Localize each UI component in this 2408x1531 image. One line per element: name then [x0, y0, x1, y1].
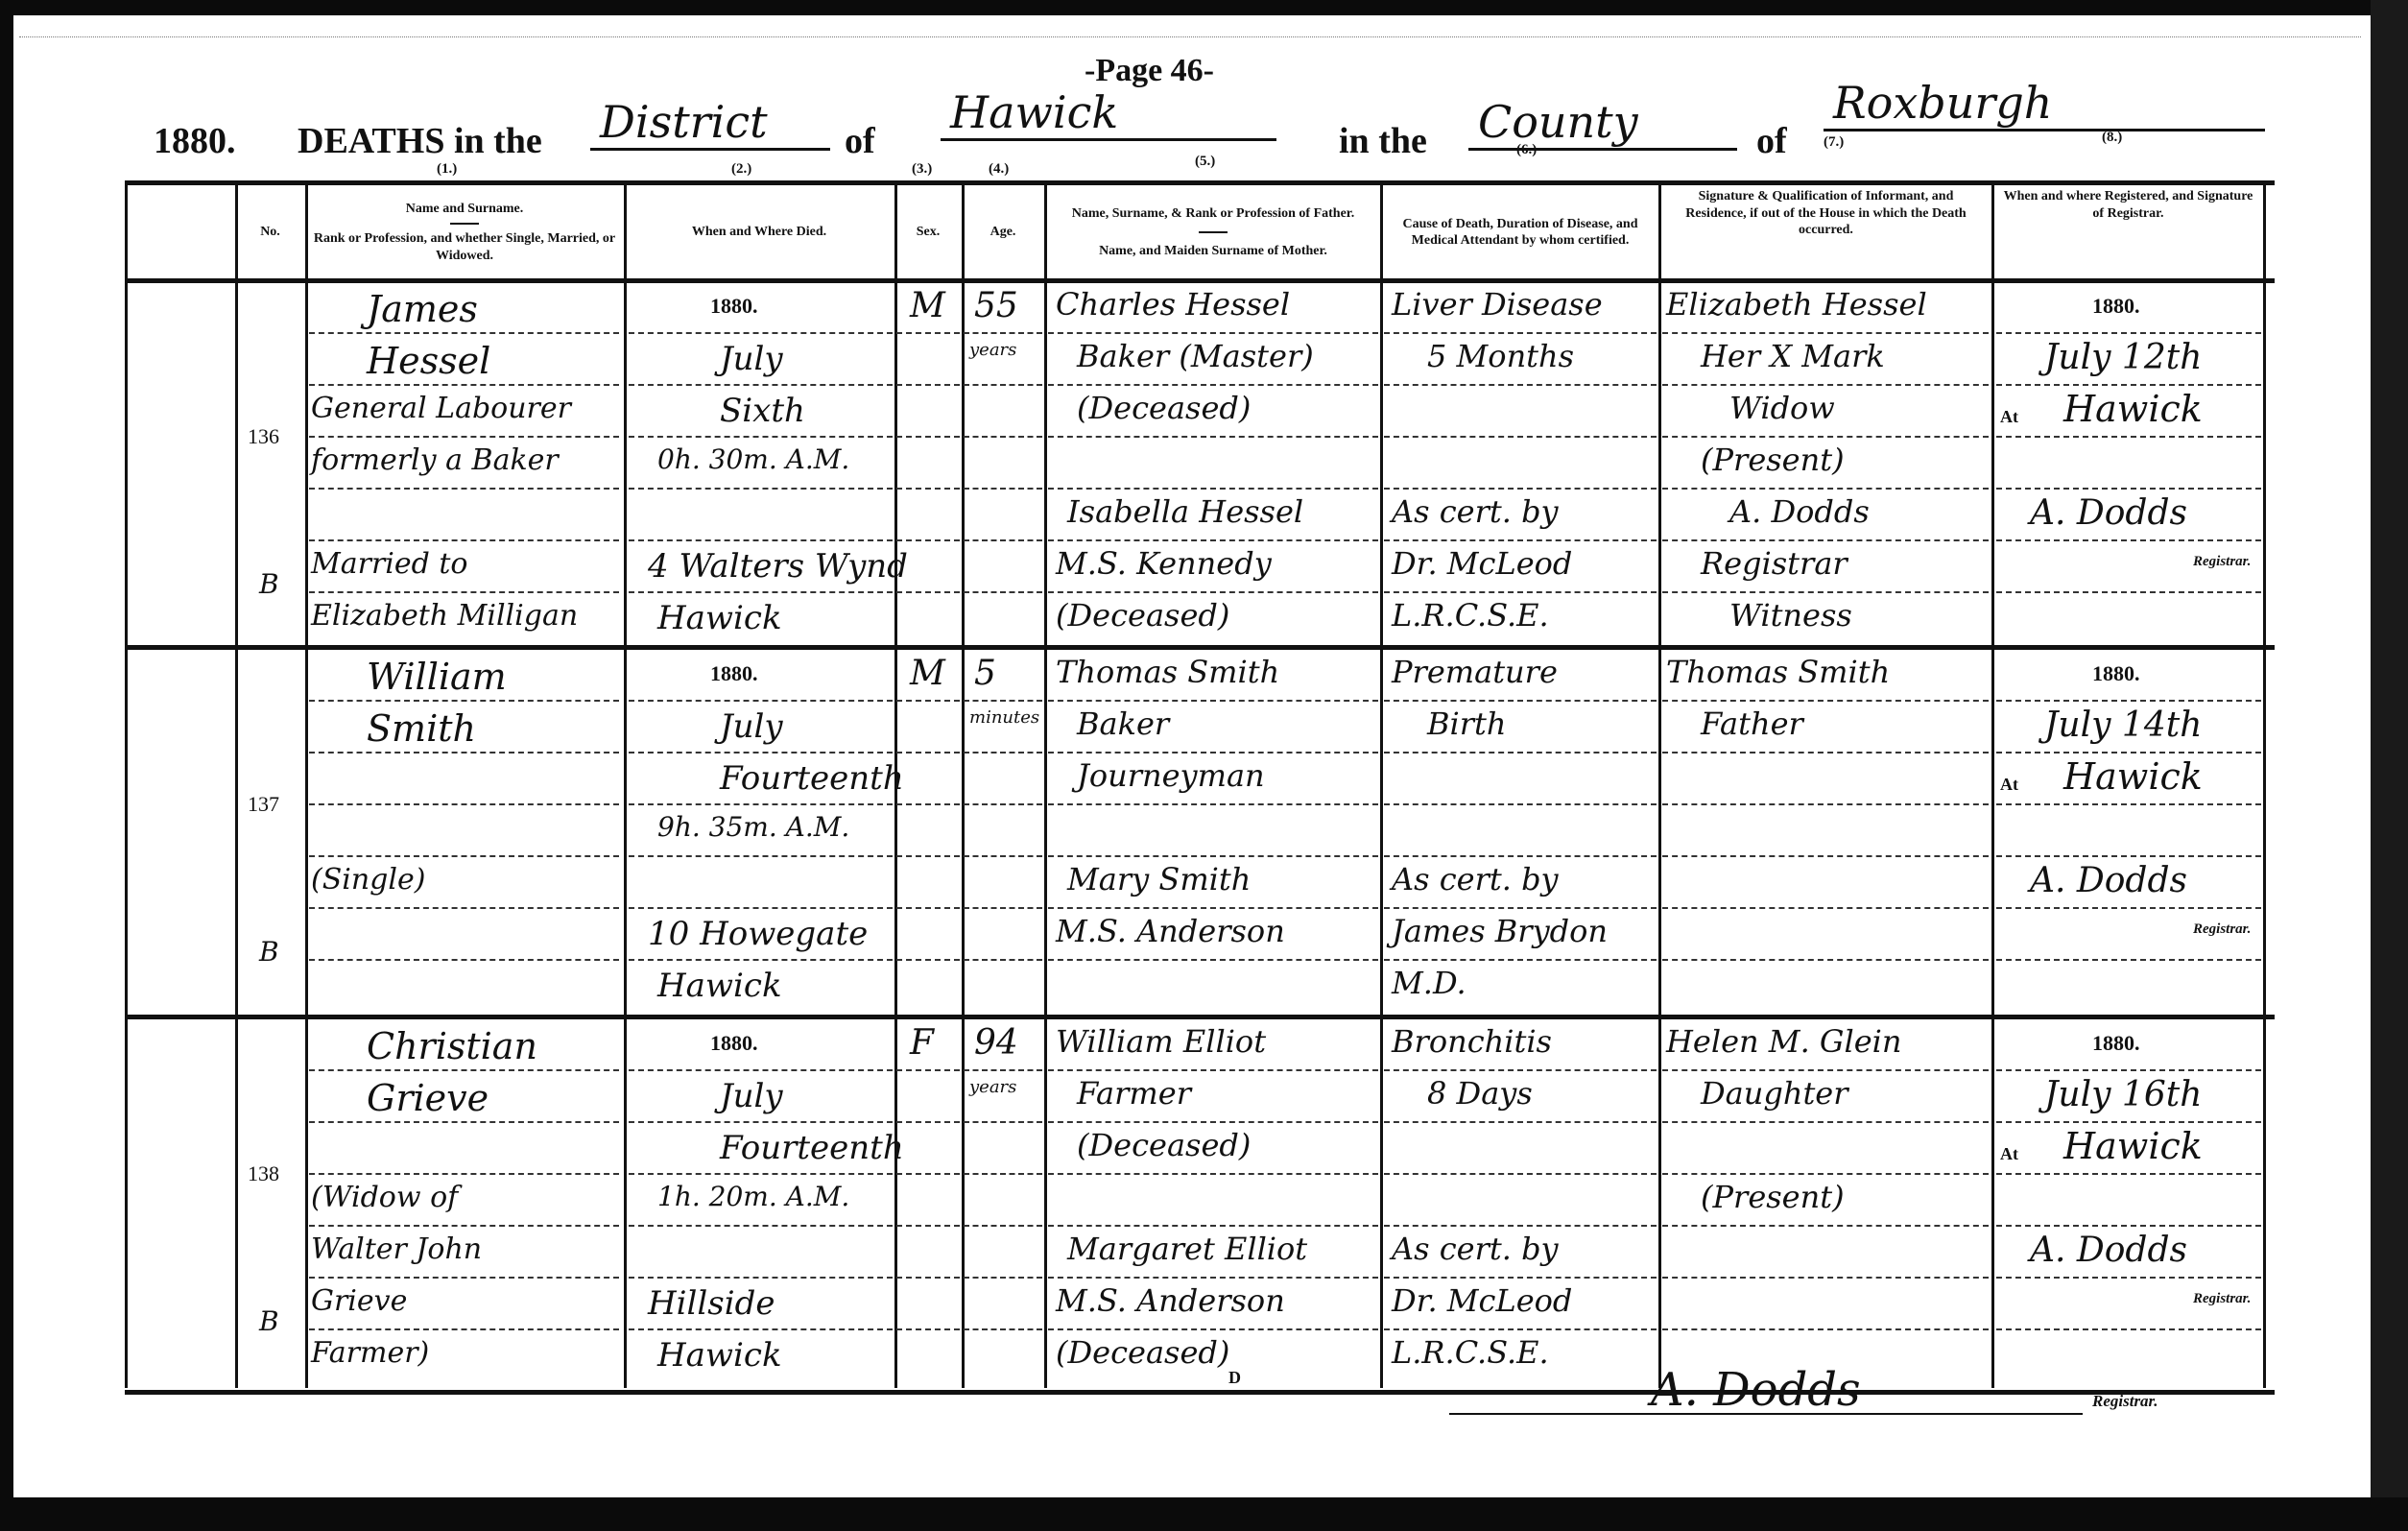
ruled-line: [964, 539, 1042, 541]
ruled-line: [1384, 436, 1657, 438]
entry-number: 137: [248, 792, 279, 817]
death-when-where-line: Fourteenth: [720, 759, 904, 798]
deaths-heading: DEATHS in the: [298, 120, 542, 162]
ruled-line: [1662, 1328, 1989, 1330]
entry-mark: B: [259, 568, 279, 600]
mother-line: Margaret Elliot: [1067, 1231, 1307, 1267]
death-year: 1880.: [710, 294, 758, 319]
ruled-line: [1996, 384, 2261, 386]
ruled-line: [1662, 907, 1989, 909]
mother-line: Isabella Hessel: [1067, 493, 1303, 530]
col-header-age: Age.: [962, 188, 1044, 276]
cause-line: Bronchitis: [1392, 1023, 1552, 1060]
ruled-line: [896, 539, 960, 541]
county-word: County: [1468, 96, 1737, 151]
ruled-line: [964, 591, 1042, 593]
ruled-line: [1662, 1069, 1989, 1071]
registration-date: July 14th: [2044, 706, 2202, 745]
colnum-7: (7.): [1824, 134, 1844, 151]
death-when-where-line: 9h. 35m. A.M.: [657, 811, 849, 843]
deceased-name-line: Smith: [367, 707, 476, 750]
ruled-line: [1996, 488, 2261, 490]
registration-year: 1880.: [2092, 1031, 2140, 1056]
registrar-label: Registrar.: [2193, 1291, 2251, 1307]
ruled-line: [309, 700, 619, 702]
ruled-line: [896, 907, 960, 909]
informant-line: Father: [1701, 706, 1803, 742]
cause-line: 5 Months: [1427, 338, 1574, 374]
ruled-line: [1996, 332, 2261, 334]
ruled-line: [1384, 488, 1657, 490]
registrar-signature: A. Dodds: [2030, 493, 2187, 533]
entry-number: 136: [248, 424, 279, 449]
deceased-name-line: General Labourer: [311, 392, 571, 425]
ruled-line: [896, 752, 960, 754]
ruled-line: [1048, 959, 1378, 961]
footer-letter: D: [1228, 1368, 1241, 1388]
ruled-line: [309, 959, 619, 961]
ruled-line: [1384, 700, 1657, 702]
ruled-line: [1048, 436, 1378, 438]
registration-date: July 12th: [2044, 338, 2202, 377]
ruled-line: [629, 855, 893, 857]
registration-year: 1880.: [2092, 294, 2140, 319]
ruled-line: [964, 436, 1042, 438]
col-rule-9: [1991, 180, 1994, 1388]
ruled-line: [629, 332, 893, 334]
ruled-line: [309, 855, 619, 857]
father-line: (Deceased): [1077, 390, 1251, 426]
informant-line: Her X Mark: [1701, 338, 1885, 374]
age-unit: minutes: [969, 707, 1039, 728]
row-rule-138: [125, 1015, 2275, 1019]
ruled-line: [1048, 384, 1378, 386]
father-line: Thomas Smith: [1056, 654, 1279, 690]
ruled-line: [896, 488, 960, 490]
ruled-line: [1996, 855, 2261, 857]
colnum-1: (1.): [437, 161, 457, 178]
ruled-line: [964, 907, 1042, 909]
ruled-line: [309, 332, 619, 334]
col-header-registered: When and where Registered, and Signature…: [1993, 188, 2263, 276]
ruled-line: [1996, 700, 2261, 702]
ruled-line: [309, 1225, 619, 1227]
entry-number: 138: [248, 1161, 279, 1186]
col-rule-3: [624, 180, 627, 1388]
ruled-line: [309, 384, 619, 386]
ruled-line: [896, 1225, 960, 1227]
registration-at-label: At: [2000, 407, 2018, 427]
registrar-label: Registrar.: [2193, 554, 2251, 570]
col-rule-7: [1380, 180, 1383, 1388]
cause-line: L.R.C.S.E.: [1392, 597, 1549, 634]
ruled-line: [1662, 332, 1989, 334]
col-rule-1: [235, 180, 238, 1388]
father-line: Baker: [1077, 706, 1169, 742]
ruled-line: [309, 1069, 619, 1071]
cause-line: M.D.: [1392, 965, 1466, 1001]
ruled-line: [629, 1173, 893, 1175]
registration-place: Hawick: [2063, 755, 2203, 798]
registrar-signature: A. Dodds: [2030, 861, 2187, 900]
col-rule-10: [2263, 180, 2266, 1388]
ruled-line: [1662, 1173, 1989, 1175]
ruled-line: [1662, 803, 1989, 805]
col-rule-0: [125, 180, 128, 1388]
ruled-line: [1662, 488, 1989, 490]
ruled-line: [1996, 436, 2261, 438]
informant-line: Widow: [1729, 390, 1835, 426]
deceased-name-line: William: [367, 656, 507, 698]
deceased-name-line: Farmer): [311, 1336, 429, 1370]
cause-line: As cert. by: [1392, 1231, 1559, 1267]
ruled-line: [1384, 959, 1657, 961]
col-header-when: When and Where Died.: [624, 188, 894, 276]
death-when-where-line: Hawick: [657, 599, 782, 637]
footer-registrar-label: Registrar.: [2092, 1392, 2158, 1411]
death-when-where-line: July: [720, 1077, 783, 1115]
age-unit: years: [969, 340, 1016, 360]
ruled-line: [629, 1225, 893, 1227]
ruled-line: [309, 539, 619, 541]
informant-line: Elizabeth Hessel: [1666, 286, 1927, 323]
col-header-name: Name and Surname. Rank or Profession, an…: [305, 188, 624, 276]
cause-line: Birth: [1427, 706, 1507, 742]
mother-line: M.S. Anderson: [1056, 1282, 1285, 1319]
ruled-line: [1048, 907, 1378, 909]
sex-value: M: [910, 654, 945, 693]
county-name: Roxburgh: [1824, 77, 2265, 132]
ruled-line: [1662, 752, 1989, 754]
ruled-line: [896, 1173, 960, 1175]
ruled-line: [964, 332, 1042, 334]
ruled-line: [1048, 1328, 1378, 1330]
ruled-line: [1996, 1069, 2261, 1071]
ruled-line: [629, 907, 893, 909]
mother-line: M.S. Anderson: [1056, 913, 1285, 949]
ruled-line: [1384, 1173, 1657, 1175]
ruled-line: [896, 803, 960, 805]
ruled-line: [629, 591, 893, 593]
father-line: Journeyman: [1077, 757, 1265, 794]
ruled-line: [964, 1225, 1042, 1227]
ruled-line: [964, 488, 1042, 490]
ruled-line: [309, 803, 619, 805]
registrar-signature: A. Dodds: [2030, 1231, 2187, 1270]
ruled-line: [896, 700, 960, 702]
scan-border-top: [0, 0, 2408, 15]
ruled-line: [629, 436, 893, 438]
col-header-informant: Signature & Qualification of Informant, …: [1660, 188, 1991, 276]
ruled-line: [964, 959, 1042, 961]
ruled-line: [1996, 1225, 2261, 1227]
ruled-line: [309, 1121, 619, 1123]
father-line: Baker (Master): [1077, 338, 1314, 374]
colnum-2: (2.): [731, 161, 751, 178]
deceased-name-line: (Widow of: [311, 1181, 458, 1214]
col-rule-8: [1658, 180, 1661, 1388]
header-divider: [450, 223, 479, 225]
ruled-line: [309, 591, 619, 593]
ruled-line: [1996, 539, 2261, 541]
ruled-line: [896, 1328, 960, 1330]
ruled-line: [896, 959, 960, 961]
ruled-line: [964, 700, 1042, 702]
col-header-no: No.: [235, 188, 305, 276]
ruled-line: [1662, 539, 1989, 541]
ruled-line: [1048, 539, 1378, 541]
informant-line: (Present): [1701, 1179, 1845, 1215]
ruled-line: [964, 1328, 1042, 1330]
ruled-line: [629, 488, 893, 490]
ruled-line: [629, 1121, 893, 1123]
of-label-2: of: [1756, 120, 1787, 162]
ruled-line: [964, 803, 1042, 805]
col-rule-2: [305, 180, 308, 1388]
ruled-line: [629, 803, 893, 805]
deceased-name-line: Hessel: [367, 340, 490, 382]
cause-line: Premature: [1392, 654, 1558, 690]
register-year: 1880.: [154, 120, 236, 162]
deceased-name-line: Elizabeth Milligan: [311, 599, 578, 633]
informant-line: Daughter: [1701, 1075, 1848, 1112]
ruled-line: [896, 855, 960, 857]
cause-line: Liver Disease: [1392, 286, 1603, 323]
ruled-line: [1662, 855, 1989, 857]
death-year: 1880.: [710, 661, 758, 686]
ruled-line: [309, 1173, 619, 1175]
ruled-line: [629, 539, 893, 541]
ruled-line: [1048, 700, 1378, 702]
informant-line: Thomas Smith: [1666, 654, 1890, 690]
mother-line: M.S. Kennedy: [1056, 545, 1272, 582]
registration-at-label: At: [2000, 775, 2018, 795]
header-divider: [1199, 231, 1228, 233]
father-line: William Elliot: [1056, 1023, 1266, 1060]
sex-value: F: [910, 1023, 934, 1063]
ruled-line: [629, 700, 893, 702]
age-value: 5: [974, 654, 996, 693]
age-value: 94: [974, 1023, 1018, 1063]
registration-date: July 16th: [2044, 1075, 2202, 1114]
ruled-line: [1996, 1173, 2261, 1175]
deceased-name-line: Walter John: [311, 1232, 482, 1266]
registration-place: Hawick: [2063, 1125, 2203, 1167]
ruled-line: [1662, 384, 1989, 386]
father-line: (Deceased): [1077, 1127, 1251, 1163]
ruled-line: [309, 1328, 619, 1330]
ruled-line: [896, 1069, 960, 1071]
cause-line: L.R.C.S.E.: [1392, 1334, 1549, 1371]
colnum-6: (6.): [1516, 142, 1537, 158]
ruled-line: [1662, 700, 1989, 702]
col-header-sex: Sex.: [894, 188, 962, 276]
ruled-line: [1662, 959, 1989, 961]
colnum-8: (8.): [2102, 130, 2122, 146]
mother-line: Mary Smith: [1067, 861, 1251, 897]
death-when-where-line: 1h. 20m. A.M.: [657, 1181, 849, 1212]
district-name: Hawick: [941, 86, 1276, 141]
ruled-line: [964, 1277, 1042, 1279]
ruled-line: [629, 384, 893, 386]
footer-registrar-signature: A. Dodds: [1651, 1363, 1861, 1417]
ruled-line: [1662, 436, 1989, 438]
ruled-line: [1048, 803, 1378, 805]
deceased-name-line: formerly a Baker: [311, 443, 559, 477]
ruled-line: [1384, 539, 1657, 541]
ruled-line: [964, 855, 1042, 857]
ruled-line: [1384, 1121, 1657, 1123]
ruled-line: [1048, 332, 1378, 334]
ruled-line: [1996, 1277, 2261, 1279]
ruled-line: [1996, 752, 2261, 754]
ruled-line: [1996, 907, 2261, 909]
scan-border-left: [0, 0, 13, 1531]
deceased-name-line: Grieve: [311, 1284, 407, 1318]
ruled-line: [1048, 591, 1378, 593]
scan-border-right: [2371, 0, 2408, 1531]
death-when-where-line: Hawick: [657, 967, 782, 1005]
col-header-parents: Name, Surname, & Rank or Profession of F…: [1046, 188, 1380, 276]
ruled-line: [309, 436, 619, 438]
informant-line: Registrar: [1701, 545, 1848, 582]
page-number: -Page 46-: [1085, 53, 1214, 89]
ruled-line: [1996, 591, 2261, 593]
ruled-line: [896, 1277, 960, 1279]
col-rule-5: [962, 180, 965, 1388]
ruled-line: [1384, 1328, 1657, 1330]
ruled-line: [964, 1069, 1042, 1071]
colnum-4: (4.): [989, 161, 1009, 178]
colnum-5: (5.): [1195, 154, 1215, 170]
death-when-where-line: 4 Walters Wynd: [648, 547, 908, 586]
col-header-cause: Cause of Death, Duration of Disease, and…: [1382, 188, 1658, 276]
colnum-3: (3.): [912, 161, 932, 178]
ruled-line: [1662, 1277, 1989, 1279]
death-when-where-line: July: [720, 707, 783, 746]
deceased-name-line: James: [367, 288, 478, 330]
entry-mark: B: [259, 936, 279, 968]
registration-at-label: At: [2000, 1144, 2018, 1164]
ruled-line: [309, 488, 619, 490]
scan-border-bottom: [0, 1497, 2408, 1531]
informant-line: (Present): [1701, 442, 1845, 478]
ruled-line: [1662, 1121, 1989, 1123]
ruled-line: [629, 1328, 893, 1330]
ruled-line: [1996, 1121, 2261, 1123]
ruled-line: [964, 752, 1042, 754]
cause-line: Dr. McLeod: [1392, 545, 1572, 582]
ruled-line: [629, 1277, 893, 1279]
col-rule-6: [1044, 180, 1047, 1388]
ruled-line: [1048, 752, 1378, 754]
col-header-father: Name, Surname, & Rank or Profession of F…: [1072, 205, 1355, 223]
header-bottom-rule: [125, 278, 2275, 283]
ruled-line: [1384, 591, 1657, 593]
col-header-name-title: Name and Surname.: [406, 201, 524, 218]
registrar-label: Registrar.: [2193, 921, 2251, 938]
in-the-label: in the: [1339, 120, 1427, 162]
faint-top-rule: [19, 36, 2361, 37]
ruled-line: [309, 907, 619, 909]
mother-line: (Deceased): [1056, 597, 1229, 634]
ruled-line: [1662, 591, 1989, 593]
ruled-line: [1048, 1173, 1378, 1175]
death-when-where-line: Hillside: [648, 1284, 775, 1323]
death-when-where-line: Sixth: [720, 392, 805, 430]
death-when-where-line: 10 Howegate: [648, 915, 868, 953]
ruled-line: [964, 384, 1042, 386]
col-header-mother: Name, and Maiden Surname of Mother.: [1099, 243, 1327, 260]
entry-mark: B: [259, 1305, 279, 1337]
ruled-line: [1384, 1069, 1657, 1071]
cause-line: Dr. McLeod: [1392, 1282, 1572, 1319]
ruled-line: [1996, 959, 2261, 961]
sex-value: M: [910, 286, 945, 325]
age-value: 55: [974, 286, 1018, 325]
ruled-line: [1996, 1328, 2261, 1330]
col-header-name-sub: Rank or Profession, and whether Single, …: [305, 230, 624, 264]
age-unit: years: [969, 1077, 1016, 1097]
father-line: Farmer: [1077, 1075, 1191, 1112]
death-when-where-line: Fourteenth: [720, 1129, 904, 1167]
ruled-line: [629, 1069, 893, 1071]
ruled-line: [629, 959, 893, 961]
ruled-line: [896, 332, 960, 334]
ruled-line: [1384, 907, 1657, 909]
ruled-line: [309, 1277, 619, 1279]
ruled-line: [1662, 1225, 1989, 1227]
ruled-line: [1996, 803, 2261, 805]
cause-line: 8 Days: [1427, 1075, 1533, 1112]
ruled-line: [964, 1173, 1042, 1175]
ruled-line: [1048, 488, 1378, 490]
deceased-name-line: Married to: [311, 547, 468, 581]
deceased-name-line: Christian: [367, 1025, 537, 1067]
ruled-line: [1384, 1225, 1657, 1227]
deceased-name-line: Grieve: [367, 1077, 489, 1119]
ruled-line: [1048, 855, 1378, 857]
ruled-line: [1384, 803, 1657, 805]
ruled-line: [1384, 332, 1657, 334]
ruled-line: [896, 1121, 960, 1123]
death-when-where-line: July: [720, 340, 783, 378]
cause-line: James Brydon: [1392, 913, 1608, 949]
district-word: District: [590, 96, 830, 151]
ruled-line: [1048, 1121, 1378, 1123]
ruled-line: [629, 752, 893, 754]
ruled-line: [1048, 1069, 1378, 1071]
cause-line: As cert. by: [1392, 493, 1559, 530]
informant-line: A. Dodds: [1729, 493, 1870, 530]
informant-line: Witness: [1729, 597, 1852, 634]
ruled-line: [1384, 384, 1657, 386]
deceased-name-line: (Single): [311, 863, 425, 897]
row-rule-137: [125, 645, 2275, 650]
death-year: 1880.: [710, 1031, 758, 1056]
mother-line: (Deceased): [1056, 1334, 1229, 1371]
registration-year: 1880.: [2092, 661, 2140, 686]
registration-place: Hawick: [2063, 388, 2203, 430]
ruled-line: [1048, 1277, 1378, 1279]
ruled-line: [1384, 855, 1657, 857]
of-label-1: of: [845, 120, 875, 162]
father-line: Charles Hessel: [1056, 286, 1290, 323]
death-when-where-line: 0h. 30m. A.M.: [657, 443, 849, 475]
cause-line: As cert. by: [1392, 861, 1559, 897]
ruled-line: [896, 591, 960, 593]
ruled-line: [1384, 1277, 1657, 1279]
